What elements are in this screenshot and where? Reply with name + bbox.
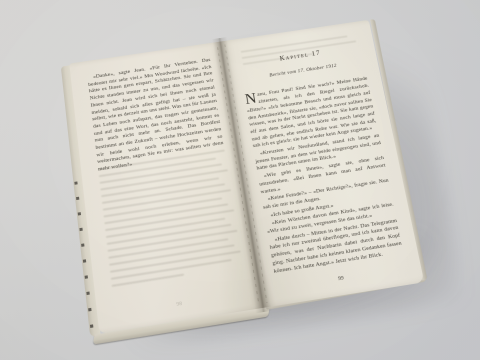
bleed-through-text-left (98, 150, 244, 292)
open-book: «Danke», sagte Jean. «Für Ihr Verstehen.… (52, 3, 455, 360)
photo-scene: «Danke», sagte Jean. «Für Ihr Verstehen.… (0, 0, 480, 360)
